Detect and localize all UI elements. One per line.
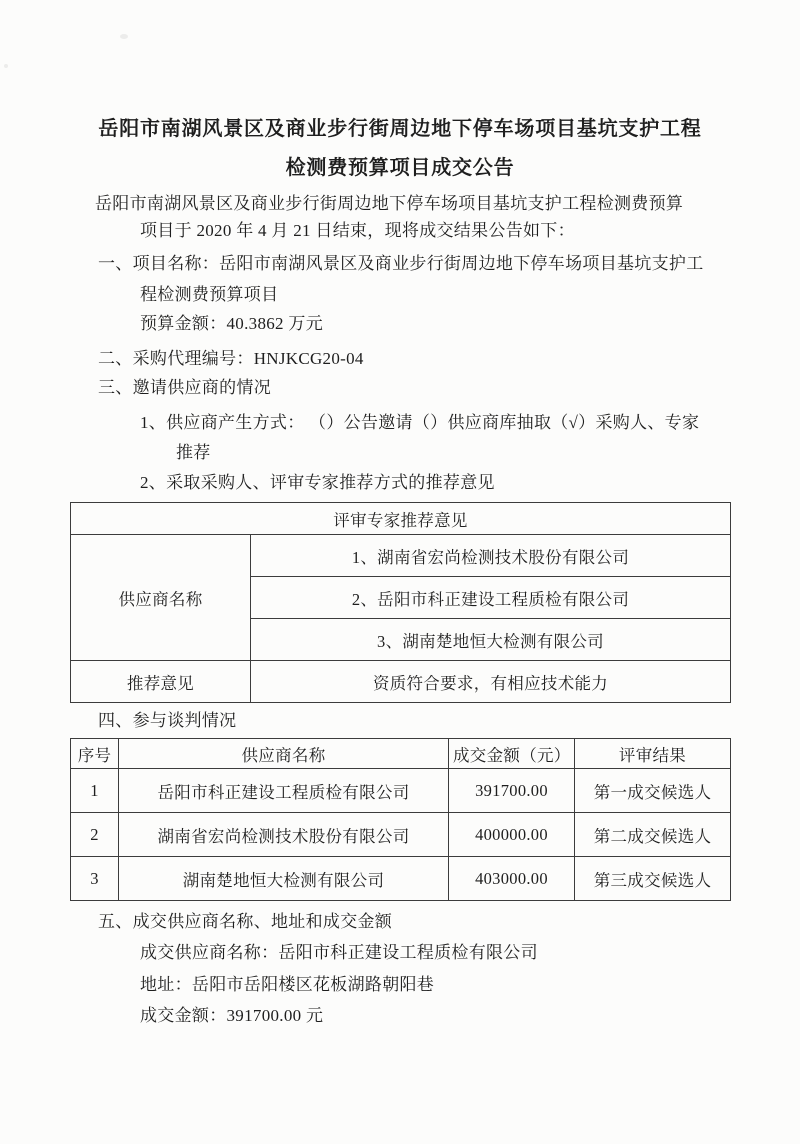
supplier-name-label: 供应商名称 <box>71 535 251 661</box>
row-amount: 403000.00 <box>449 857 575 901</box>
supplier-entry-1: 1、湖南省宏尚检测技术股份有限公司 <box>251 535 731 577</box>
table-header-row: 评审专家推荐意见 <box>71 503 731 535</box>
table-row: 推荐意见 资质符合要求，有相应技术能力 <box>71 661 731 703</box>
column-header-index: 序号 <box>71 739 119 769</box>
section3-item2: 2、采取采购人、评审专家推荐方式的推荐意见 <box>140 471 495 495</box>
row-index: 1 <box>71 769 119 813</box>
row-amount: 391700.00 <box>449 769 575 813</box>
row-result: 第三成交候选人 <box>575 857 731 901</box>
expert-recommendation-table: 评审专家推荐意见 供应商名称 1、湖南省宏尚检测技术股份有限公司 2、岳阳市科正… <box>70 502 731 703</box>
column-header-result: 评审结果 <box>575 739 731 769</box>
row-result: 第一成交候选人 <box>575 769 731 813</box>
row-index: 3 <box>71 857 119 901</box>
scan-smudge <box>4 64 8 68</box>
negotiation-result-table: 序号 供应商名称 成交金额（元） 评审结果 1 岳阳市科正建设工程质检有限公司 … <box>70 738 731 901</box>
opinion-label: 推荐意见 <box>71 661 251 703</box>
expert-table-title: 评审专家推荐意见 <box>71 503 731 535</box>
intro-paragraph-line1: 岳阳市南湖风景区及商业步行街周边地下停车场项目基坑支护工程检测费预算 <box>95 192 683 216</box>
row-supplier: 湖南省宏尚检测技术股份有限公司 <box>119 813 449 857</box>
table-row: 2 湖南省宏尚检测技术股份有限公司 400000.00 第二成交候选人 <box>71 813 731 857</box>
section5-deal-amount: 成交金额：391700.00 元 <box>140 1004 323 1028</box>
table-row: 1 岳阳市科正建设工程质检有限公司 391700.00 第一成交候选人 <box>71 769 731 813</box>
column-header-supplier: 供应商名称 <box>119 739 449 769</box>
table-header-row: 序号 供应商名称 成交金额（元） 评审结果 <box>71 739 731 769</box>
section1-project-name-line1: 一、项目名称：岳阳市南湖风景区及商业步行街周边地下停车场项目基坑支护工 <box>98 252 704 276</box>
intro-paragraph-line2: 项目于 2020 年 4 月 21 日结束，现将成交结果公告如下： <box>140 219 575 243</box>
row-supplier: 岳阳市科正建设工程质检有限公司 <box>119 769 449 813</box>
row-index: 2 <box>71 813 119 857</box>
section1-project-name-line2: 程检测费预算项目 <box>140 283 278 307</box>
scanned-document-page: 岳阳市南湖风景区及商业步行街周边地下停车场项目基坑支护工程 检测费预算项目成交公… <box>0 0 800 1144</box>
section5-winning-supplier: 成交供应商名称：岳阳市科正建设工程质检有限公司 <box>140 941 538 965</box>
section2-agency-number: 二、采购代理编号：HNJKCG20-04 <box>98 347 364 371</box>
section5-address: 地址：岳阳市岳阳楼区花板湖路朝阳巷 <box>140 973 434 997</box>
section5-heading: 五、成交供应商名称、地址和成交金额 <box>98 910 392 934</box>
opinion-value: 资质符合要求，有相应技术能力 <box>251 661 731 703</box>
section3-item1-line1: 1、供应商产生方式： （）公告邀请（）供应商库抽取（√）采购人、专家 <box>140 411 699 435</box>
section4-heading: 四、参与谈判情况 <box>98 709 236 733</box>
column-header-amount: 成交金额（元） <box>449 739 575 769</box>
scan-smudge <box>120 34 128 39</box>
table-row: 3 湖南楚地恒大检测有限公司 403000.00 第三成交候选人 <box>71 857 731 901</box>
document-title-line2: 检测费预算项目成交公告 <box>0 151 800 180</box>
row-amount: 400000.00 <box>449 813 575 857</box>
table-row: 供应商名称 1、湖南省宏尚检测技术股份有限公司 <box>71 535 731 577</box>
row-supplier: 湖南楚地恒大检测有限公司 <box>119 857 449 901</box>
document-title-line1: 岳阳市南湖风景区及商业步行街周边地下停车场项目基坑支护工程 <box>0 112 800 141</box>
section1-budget-amount: 预算金额：40.3862 万元 <box>140 312 323 336</box>
supplier-entry-2: 2、岳阳市科正建设工程质检有限公司 <box>251 577 731 619</box>
row-result: 第二成交候选人 <box>575 813 731 857</box>
section3-heading: 三、邀请供应商的情况 <box>98 376 271 400</box>
supplier-entry-3: 3、湖南楚地恒大检测有限公司 <box>251 619 731 661</box>
section3-item1-line2: 推荐 <box>176 441 211 465</box>
